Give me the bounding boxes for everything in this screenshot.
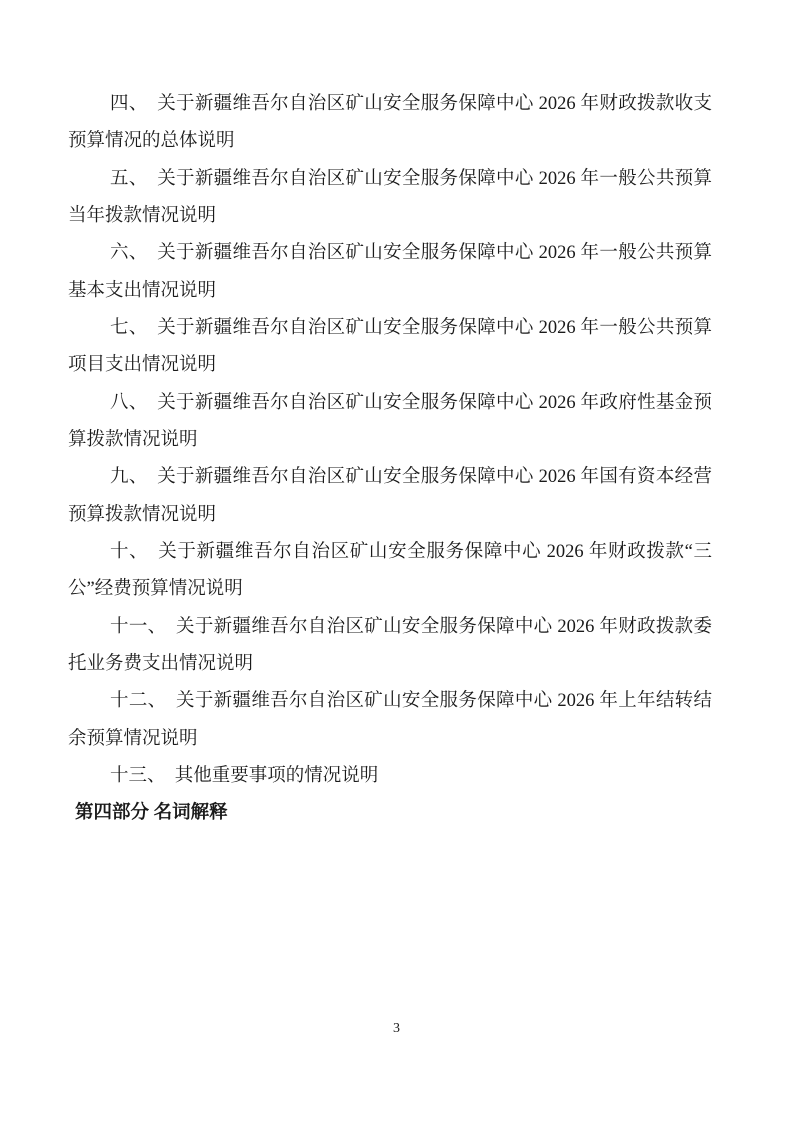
document-page: 四、 关于新疆维吾尔自治区矿山安全服务保障中心 2026 年财政拨款收支预算情况…	[0, 0, 793, 1122]
toc-line: 十三、 其他重要事项的情况说明	[68, 758, 712, 795]
toc-line: 项目支出情况说明	[68, 347, 712, 384]
toc-line: 九、 关于新疆维吾尔自治区矿山安全服务保障中心 2026 年国有资本经营	[68, 459, 712, 496]
toc-line: 十、 关于新疆维吾尔自治区矿山安全服务保障中心 2026 年财政拨款“三	[68, 534, 712, 571]
toc-line: 算拨款情况说明	[68, 422, 712, 459]
toc-line: 十二、 关于新疆维吾尔自治区矿山安全服务保障中心 2026 年上年结转结	[68, 683, 712, 720]
toc-line: 基本支出情况说明	[68, 273, 712, 310]
toc-line: 八、 关于新疆维吾尔自治区矿山安全服务保障中心 2026 年政府性基金预	[68, 385, 712, 422]
toc-line: 预算情况的总体说明	[68, 123, 712, 160]
toc-line: 七、 关于新疆维吾尔自治区矿山安全服务保障中心 2026 年一般公共预算	[68, 310, 712, 347]
toc-line: 四、 关于新疆维吾尔自治区矿山安全服务保障中心 2026 年财政拨款收支	[68, 86, 712, 123]
page-number: 3	[0, 1019, 793, 1039]
toc-line: 余预算情况说明	[68, 721, 712, 758]
toc-line: 六、 关于新疆维吾尔自治区矿山安全服务保障中心 2026 年一般公共预算	[68, 235, 712, 272]
toc-line-list: 四、 关于新疆维吾尔自治区矿山安全服务保障中心 2026 年财政拨款收支预算情况…	[68, 86, 712, 795]
section-heading: 第四部分 名词解释	[68, 795, 712, 832]
toc-line: 公”经费预算情况说明	[68, 571, 712, 608]
toc-line: 十一、 关于新疆维吾尔自治区矿山安全服务保障中心 2026 年财政拨款委	[68, 609, 712, 646]
toc-line: 当年拨款情况说明	[68, 198, 712, 235]
toc-line: 预算拨款情况说明	[68, 497, 712, 534]
toc-line: 托业务费支出情况说明	[68, 646, 712, 683]
table-of-contents: 四、 关于新疆维吾尔自治区矿山安全服务保障中心 2026 年财政拨款收支预算情况…	[68, 86, 712, 833]
toc-line: 五、 关于新疆维吾尔自治区矿山安全服务保障中心 2026 年一般公共预算	[68, 161, 712, 198]
